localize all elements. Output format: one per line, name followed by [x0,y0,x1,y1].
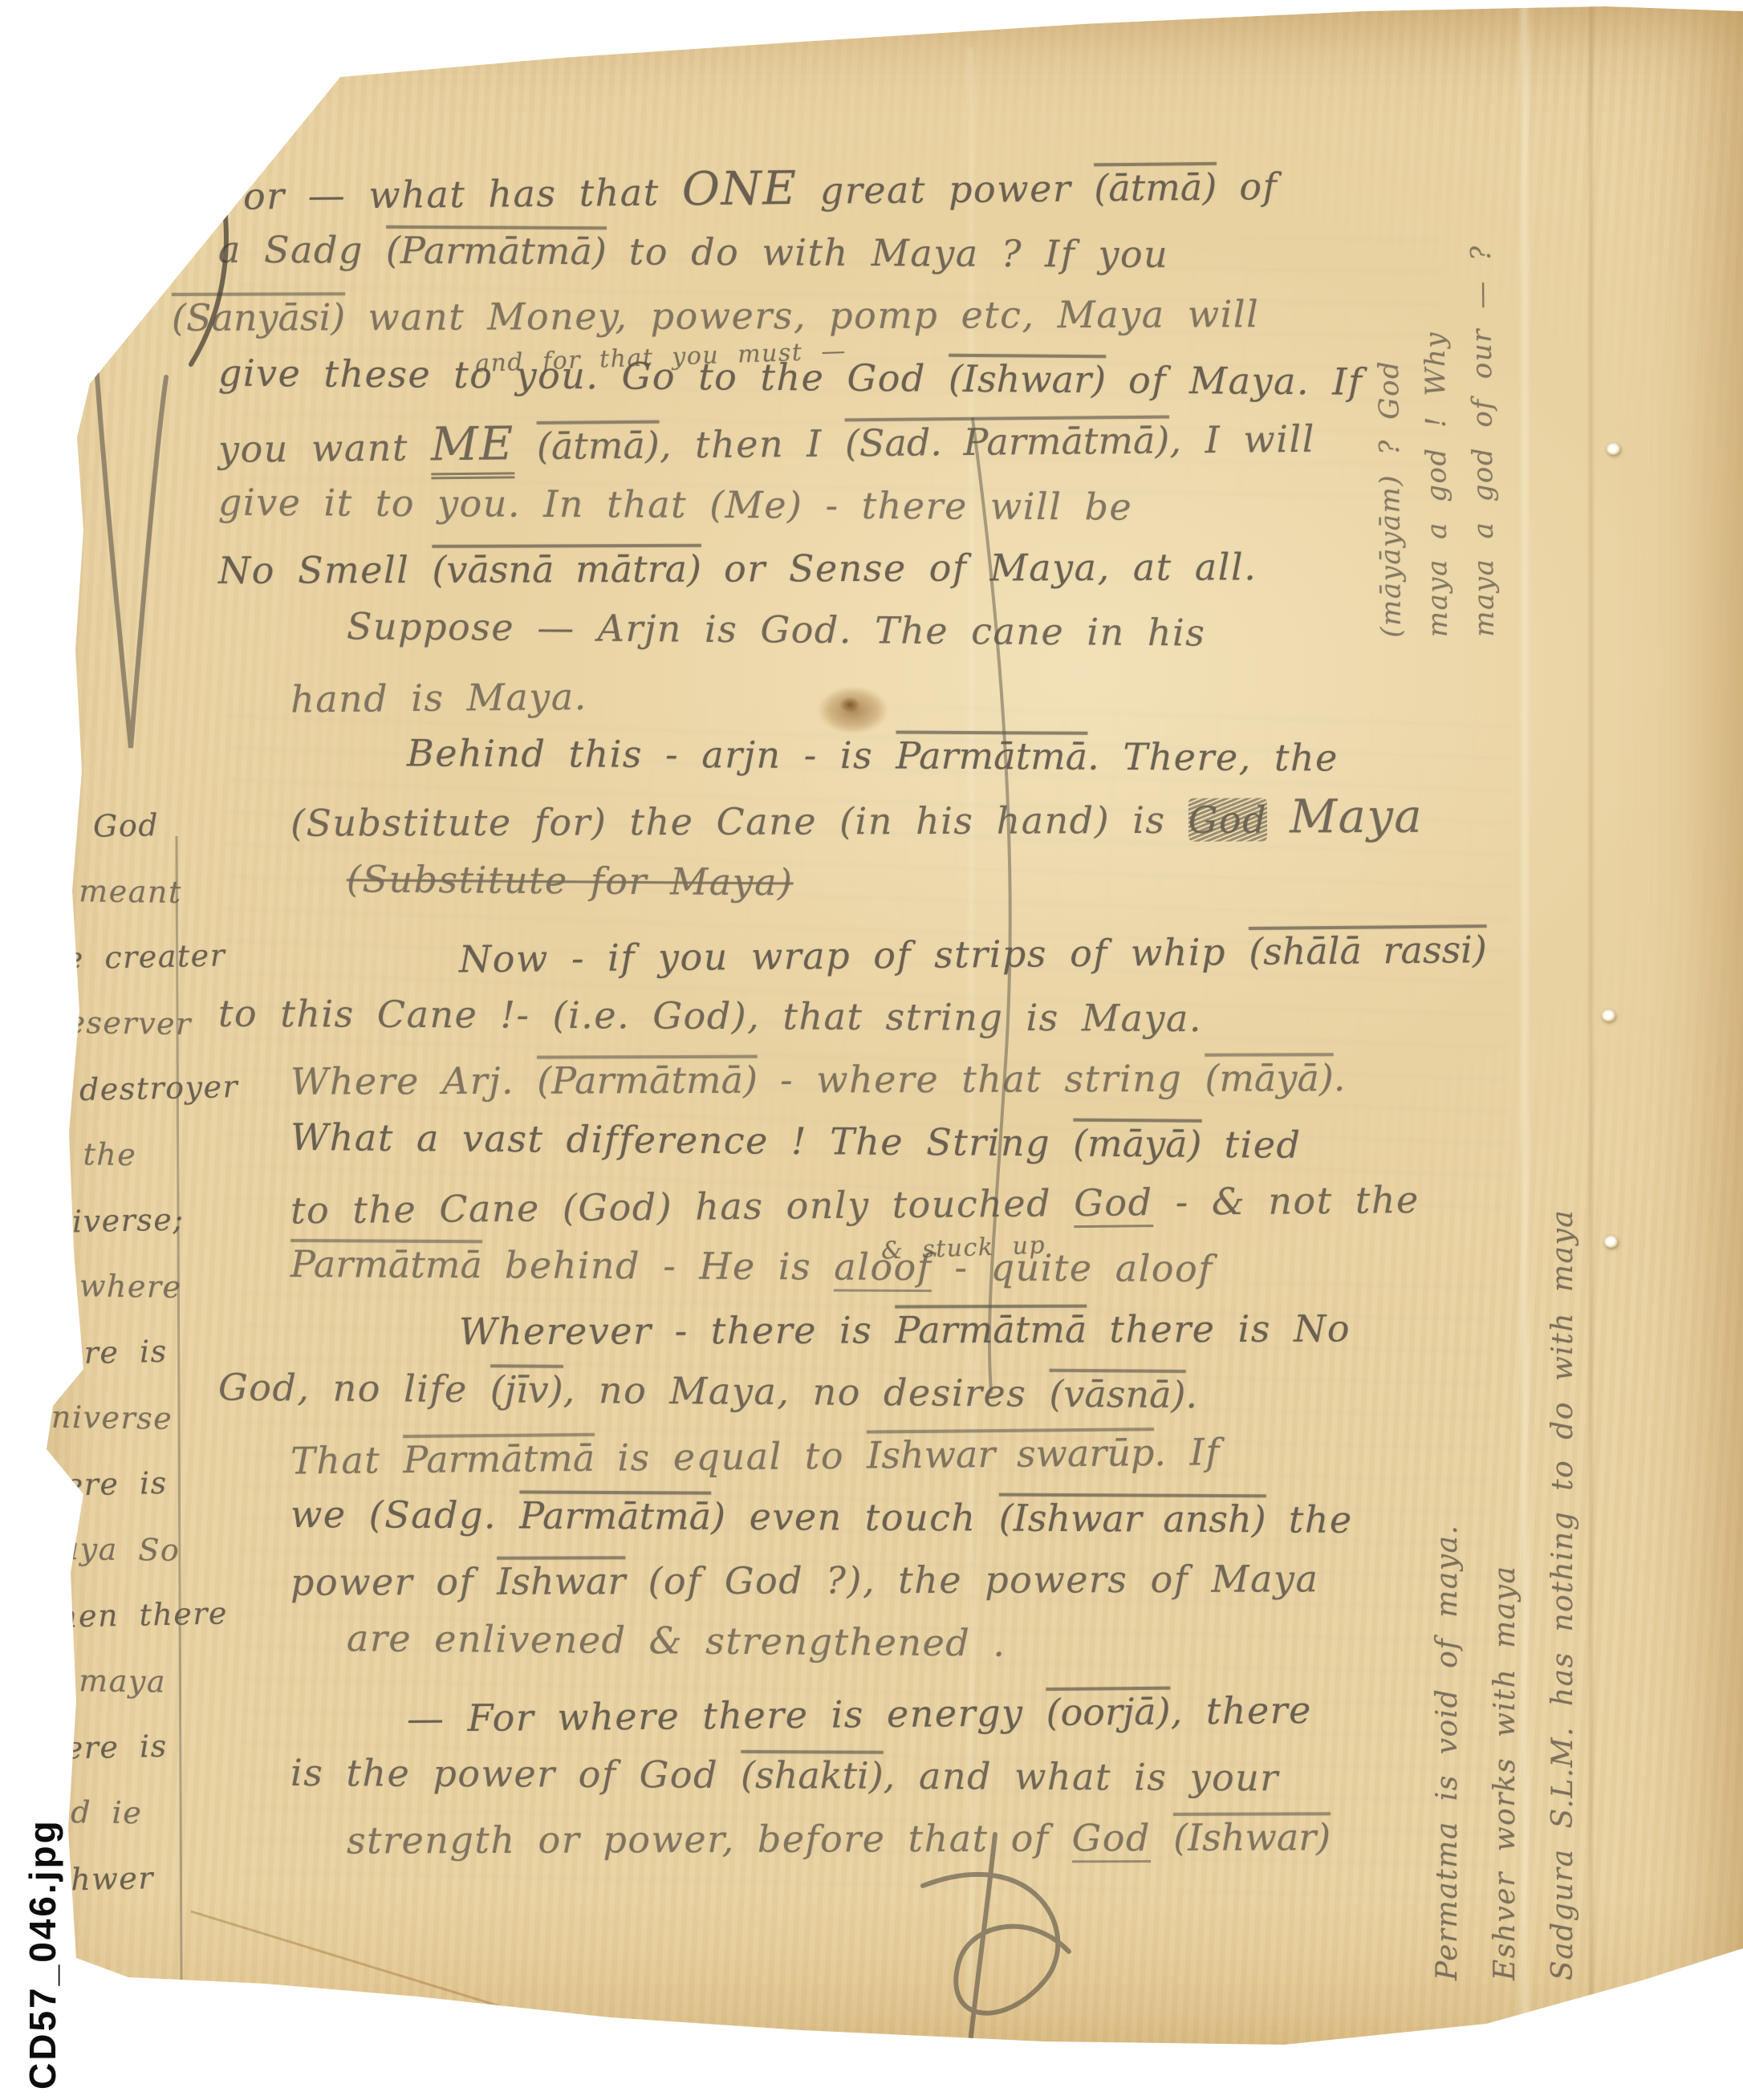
text-segment [1267,798,1290,841]
text-segment: (jīv) [490,1367,563,1412]
handwritten-line: Wherever - there is Parmātmā there is No [459,1305,1534,1355]
handwritten-line: a Sadg (Parmātmā) to do with Maya ? If y… [218,226,1534,280]
text-segment: (Parmātmā) [537,1058,758,1103]
margin-note-line: when there [30,1594,216,1637]
text-segment: (Ishwar ansh) [999,1497,1266,1541]
text-segment: , there [1170,1688,1312,1733]
text-segment: (Ishwar) [949,357,1107,402]
text-segment [1151,1816,1173,1859]
text-segment: , and what is your [884,1754,1279,1800]
handwritten-line: power of Ishwar (of God ?), the powers o… [290,1554,1534,1605]
smudge [6,1001,80,1101]
margin-note-line: & where [30,1265,216,1306]
handwritten-line: are enlivened & strengthened . [347,1615,1534,1671]
margin-note-line: maya So [30,1529,216,1570]
margin-note-line: maya a god of our — ? [1457,98,1508,637]
margin-note-line: universe; [30,1200,216,1242]
text-segment: to do with Maya ? If you [607,229,1169,276]
text-segment: God, no life [218,1366,490,1412]
handwritten-line: (Substitute for Maya) [347,855,1534,912]
crease-line [191,1911,515,2011]
text-segment: Parmātmā [519,1493,711,1537]
margin-note-line: By God [30,805,216,847]
margin-note-line: Eshver works with maya [1477,913,1534,1980]
text-segment: Where Arj. [290,1059,537,1103]
margin-note-line: preserver [30,1002,216,1043]
margin-note-line: Sadgura S.L.M. has nothing to do with ma… [1534,913,1592,1980]
text-segment: Now - if you wrap of strips of whip [459,930,1249,981]
margin-note-line: is maya [30,1660,216,1701]
text-segment: God [1074,1180,1153,1228]
text-segment: power of [290,1560,497,1604]
handwritten-line: is the power of God (shakti), and what i… [290,1749,1534,1802]
text-segment: Maya [1290,790,1423,844]
text-segment: Behind this - arjn - is [407,731,896,777]
right-margin-note-top: (māyāyām) ? Godmaya a god ! Whymaya a go… [1363,98,1508,638]
handwritten-line: No Smell (vāsnā mātra) or Sense of Maya,… [218,542,1534,594]
text-segment: strength or power, before that of [347,1816,1072,1862]
text-segment: Parmātmā [290,1242,482,1286]
text-segment: great power [797,166,1094,213]
handwritten-line: give these to you. Go to the God (Ishwar… [218,350,1534,407]
handwritten-line: hand is Maya. [290,664,1534,723]
text-segment: Wherever - there is [459,1308,896,1353]
text-segment: . There, the [1087,735,1339,780]
text-segment: , no Maya, no desires [563,1368,1050,1416]
handwritten-line: For — what has that ONE great power (ātm… [218,158,1535,220]
margin-note-line: there is [30,1463,216,1505]
text-segment: to the Cane (God) has only touched [290,1181,1075,1232]
text-segment: we (Sadg. [290,1493,520,1537]
text-segment: That [290,1438,404,1482]
handwritten-line: we (Sadg. Parmātmā) even touch (Ishwar a… [290,1491,1534,1544]
speck [231,175,243,185]
paper-sheet: 29) For — what has that ONE great power … [0,0,1743,2100]
pinhole [1607,443,1620,455]
text-segment: (of God ?), the powers of Maya [625,1557,1318,1602]
text-segment: , I will [1169,417,1315,462]
text-segment: ONE [681,161,798,216]
handwritten-line: (Sanyāsi) want Money, powers, pomp etc, … [172,290,1534,341]
text-segment: (ātmā) [1094,165,1217,209]
text-segment: (ātmā) [537,424,660,468]
text-segment: , then I [660,421,846,466]
text-segment: (vāsnā) [1049,1372,1185,1416]
text-segment: a Sadg [218,228,386,272]
main-text-column: For — what has that ONE great power (ātm… [218,165,1534,1878]
text-segment: (Substitute for) the Cane (in his hand) … [290,798,1188,845]
text-segment: (Sad. Parmātmā) [845,418,1170,465]
margin-note-line: (māyāyām) ? God [1363,99,1415,638]
margin-note-line: & destroyer [30,1068,216,1111]
text-segment: What a vast difference ! The String [290,1115,1074,1165]
margin-note-line: the creater [30,936,216,979]
right-margin-note-bottom: Permatma is void of maya.Eshver works wi… [1419,913,1592,1980]
text-segment: (Ishwar) [1173,1815,1331,1859]
margin-note-line: of the [30,1134,216,1175]
text-segment [514,424,538,468]
text-segment: is the power of God [290,1751,741,1797]
text-segment: Parmātmā [403,1436,595,1481]
handwritten-line: to the Cane (God) has only touched God -… [290,1176,1534,1234]
v-check-mark [95,343,166,748]
text-segment: (oorjā) [1046,1690,1170,1734]
text-segment: Ishwar swarūp [867,1431,1155,1476]
text-segment: there is No [1087,1306,1351,1351]
margin-note-line: maya a god ! Why [1410,98,1461,637]
handwritten-line: — For where there is energy (oorjā), the… [407,1684,1534,1741]
text-segment: - where that string [758,1057,1205,1102]
text-segment: give it to you. In that (Me) - there wil… [218,481,1132,529]
handwritten-line: What a vast difference ! The String (māy… [290,1114,1534,1170]
margin-note-line: is meant [30,871,216,912]
text-segment: are enlivened & strengthened . [347,1616,1006,1664]
text-segment: . If [1154,1430,1221,1474]
text-segment: ) even touch [711,1495,999,1540]
text-segment: (Parmātmā) [386,229,607,273]
text-segment: God [1071,1816,1151,1862]
handwritten-line: Suppose — Arjn is God. The cane in his [347,603,1534,659]
text-segment: you want [218,425,431,471]
margin-note-line: there is [30,1726,216,1769]
handwritten-line: Now - if you wrap of strips of whip (shā… [459,926,1534,983]
text-segment: (māyā) [1073,1122,1202,1166]
caret-insertion: & stuck up [880,1231,1046,1265]
text-segment: (Sanyāsi) [172,295,345,339]
text-segment: of Maya. If [1106,358,1363,404]
text-segment: . [1185,1373,1199,1416]
text-segment: to this Cane !- (i.e. God), that string … [218,992,1202,1040]
margin-note-line: universe [30,1397,216,1438]
handwritten-line: to this Cane !- (i.e. God), that string … [218,990,1534,1044]
page-number: 29) [93,119,181,177]
text-segment: or Sense of Maya, at all. [701,545,1257,590]
left-margin-note: By Godis meantthe createrpreserver& dest… [30,806,215,1925]
text-segment: want Money, powers, pomp etc, Maya will [345,292,1259,339]
text-segment: Parmātmā [896,734,1087,778]
pinhole [1604,1236,1618,1248]
scan-background: 29) For — what has that ONE great power … [0,0,1743,2100]
text-segment: Suppose — Arjn is God. The cane in his [347,604,1206,654]
text-segment: (vāsnā mātra) [432,547,701,591]
text-segment: - & not the [1152,1178,1420,1224]
text-segment: hand is Maya. [290,675,587,721]
margin-note-line: Permatma is void of maya. [1419,913,1477,1980]
text-segment: behind - He is [482,1243,835,1288]
margin-note-line: there is [30,1331,216,1374]
text-segment: For — what has that [218,170,682,218]
smudge [42,855,66,873]
text-segment: (māyā) [1205,1056,1334,1100]
text-segment: Parmātmā [895,1308,1087,1352]
text-segment: God [1188,798,1268,841]
handwritten-line: God, no life (jīv), no Maya, no desires … [218,1364,1534,1421]
text-segment: No Smell [218,548,433,592]
text-segment: — For where there is energy [407,1691,1046,1741]
text-segment: ME [431,416,515,479]
handwritten-line: strength or power, before that of God (I… [347,1813,1534,1863]
text-segment: is equal to [595,1434,867,1480]
handwritten-line: Where Arj. (Parmātmā) - where that strin… [290,1054,1534,1104]
handwritten-line: That Parmātmā is equal to Ishwar swarūp.… [290,1426,1534,1485]
text-segment: (Substitute for Maya) [347,857,794,904]
handwritten-line: give it to you. In that (Me) - there wil… [218,479,1534,533]
text-segment: tied [1201,1123,1301,1167]
handwritten-line: Behind this - arjn - is Parmātmā. There,… [407,729,1534,782]
text-segment: . [1334,1056,1347,1099]
handwritten-line: (Substitute for) the Cane (in his hand) … [290,793,1534,846]
text-segment: of [1217,165,1278,209]
text-segment: the [1266,1497,1353,1541]
text-segment: Ishwar [497,1559,625,1603]
text-segment: (shakti) [741,1753,884,1797]
pinhole [1602,1009,1615,1022]
handwritten-line: you want ME (ātmā), then I (Sad. Parmātm… [218,411,1535,473]
filename-label: CD57_046.jpg [21,1818,64,2090]
